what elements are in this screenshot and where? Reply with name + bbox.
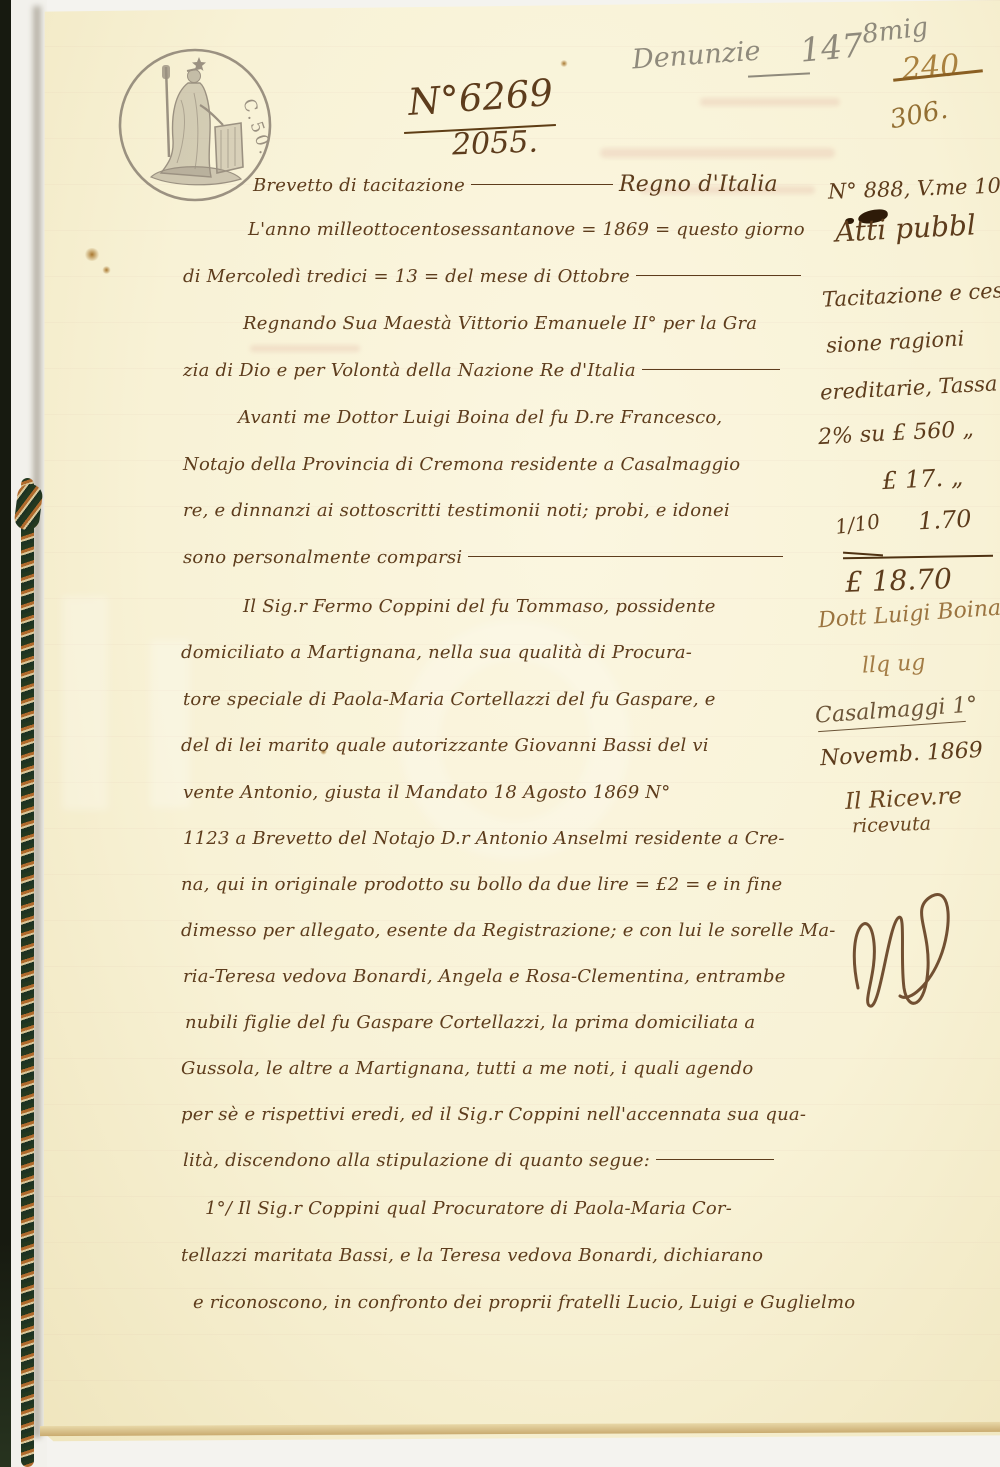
- italia-figure-stamp-icon: C.50.: [115, 45, 275, 205]
- scan-edge-black: [0, 0, 11, 1467]
- body-line: dimesso per allegato, esente da Registra…: [181, 920, 836, 941]
- fill-rule-line: [642, 369, 780, 372]
- margin-note: llq ug: [861, 650, 926, 678]
- margin-surcharge-amount: 1.70: [917, 505, 972, 536]
- body-line: Regnando Sua Maestà Vittorio Emanuele II…: [243, 313, 757, 334]
- body-line: per sè e rispettivi eredi, ed il Sig.r C…: [181, 1104, 806, 1125]
- foxing-stain: [560, 60, 568, 67]
- body-line: domiciliato a Martignana, nella sua qual…: [181, 642, 692, 663]
- revenue-stamp: C.50.: [115, 45, 275, 205]
- body-line: na, qui in originale prodotto su bollo d…: [181, 874, 782, 895]
- body-line-text: zia di Dio e per Volontà della Nazione R…: [183, 360, 636, 381]
- body-line: ria-Teresa vedova Bonardi, Angela e Rosa…: [183, 966, 786, 987]
- body-line: Avanti me Dottor Luigi Boina del fu D.re…: [238, 407, 722, 428]
- binding-cord: [21, 478, 34, 1467]
- margin-amount-principal: £ 17. „: [881, 463, 963, 495]
- fill-rule-line: [636, 275, 801, 278]
- body-line: Il Sig.r Fermo Coppini del fu Tommaso, p…: [243, 596, 716, 617]
- body-line: e riconoscono, in confronto dei proprii …: [193, 1292, 855, 1313]
- body-line: 1°/ Il Sig.r Coppini qual Procuratore di…: [205, 1198, 732, 1219]
- body-line: 1123 a Brevetto del Notajo D.r Antonio A…: [183, 828, 785, 849]
- body-line-text: sono personalmente comparsi: [183, 547, 462, 568]
- fill-rule-line: [656, 1159, 774, 1162]
- body-line: lità, discendono alla stipulazione di qu…: [183, 1150, 780, 1171]
- signature-flourish-icon: [840, 868, 970, 1018]
- body-line: vente Antonio, giusta il Mandato 18 Agos…: [183, 782, 670, 803]
- body-line: tore speciale di Paola-Maria Cortellazzi…: [183, 689, 716, 710]
- foxing-stain: [84, 248, 100, 261]
- body-line: nubili figlie del fu Gaspare Cortellazzi…: [185, 1012, 755, 1033]
- fill-rule-line: [468, 556, 783, 559]
- fill-rule-line: [471, 184, 613, 187]
- margin-amount-total: £ 18.70: [844, 562, 952, 599]
- body-line: del di lei marito quale autorizzante Gio…: [181, 735, 709, 756]
- paper-shadow: [33, 6, 41, 1438]
- body-line-text: Brevetto di tacitazione: [253, 175, 465, 196]
- body-line: sono personalmente comparsi: [183, 547, 789, 568]
- body-line-text: lità, discendono alla stipulazione di qu…: [183, 1150, 650, 1171]
- body-line: re, e dinnanzi ai sottoscritti testimoni…: [183, 500, 730, 521]
- bleed-through-mark: [250, 345, 360, 352]
- body-line: tellazzi maritata Bassi, e la Teresa ved…: [181, 1245, 763, 1266]
- foxing-stain: [102, 266, 111, 274]
- margin-receiver-note: ricevuta: [852, 813, 932, 838]
- bleed-through-mark: [600, 148, 835, 158]
- body-line-text: di Mercoledì tredici = 13 = del mese di …: [183, 266, 630, 287]
- bleed-through-mark: [700, 98, 840, 106]
- body-line: di Mercoledì tredici = 13 = del mese di …: [183, 266, 807, 287]
- watermark-shape: [62, 596, 108, 810]
- crossed-out-number: 240: [901, 48, 961, 87]
- body-line: Notajo della Provincia di Cremona reside…: [183, 454, 740, 475]
- document-scan: C.50. N°6269 2055. Denunzie 147 8mig 240…: [0, 0, 1000, 1467]
- body-line: Gussola, le altre a Martignana, tutti a …: [181, 1058, 753, 1079]
- kingdom-heading: Regno d'Italia: [619, 172, 778, 197]
- body-line: L'anno milleottocentosessantanove = 1869…: [248, 219, 805, 240]
- body-line: zia di Dio e per Volontà della Nazione R…: [183, 360, 786, 381]
- pencil-number: 147: [798, 25, 864, 69]
- body-line: Brevetto di tacitazioneRegno d'Italia: [253, 172, 778, 197]
- repertory-number: 2055.: [451, 125, 538, 163]
